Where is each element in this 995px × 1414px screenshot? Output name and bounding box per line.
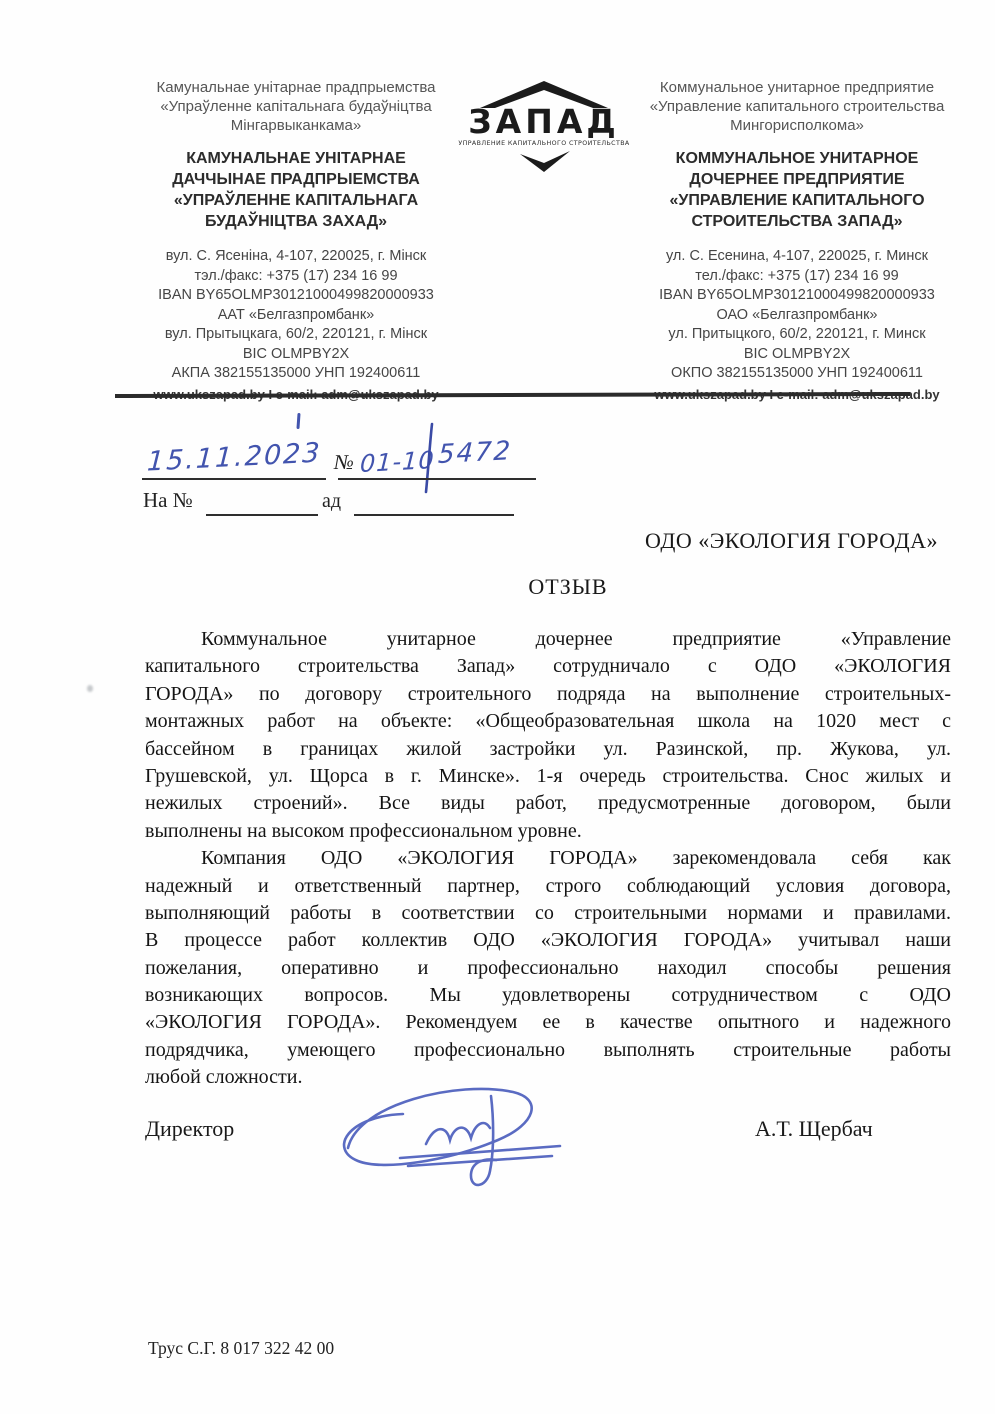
body-line: Коммунальное унитарное дочернее предприя… (145, 626, 951, 653)
org-name-small-ru: Коммунальное унитарное предприятие «Упра… (632, 78, 962, 135)
stray-ink-mark (296, 413, 300, 429)
handwritten-number-part2: 5472 (437, 436, 513, 470)
body-line: пожелания, оперативно и профессионально … (145, 955, 951, 982)
body-line: бассейном в границах жилой застройки ул.… (145, 736, 951, 763)
body-line: Грушевской, ул. Щорса в г. Минске». 1-я … (145, 763, 951, 790)
body-line: Компания ОДО «ЭКОЛОГИЯ ГОРОДА» зарекомен… (145, 845, 951, 872)
date-underline (142, 478, 326, 480)
handwritten-slash-stroke (424, 422, 434, 494)
address-line: вул. С. Ясеніна, 4-107, 220025, г. Мінск (138, 247, 454, 267)
signer-name: А.Т. Щербач (755, 1116, 873, 1142)
address-line: ул. Притыцкого, 60/2, 220121, г. Минск (632, 325, 962, 345)
body-line: капитального строительства Запад» сотруд… (145, 653, 951, 680)
org-small-line: Мінгарвыканкама» (138, 116, 454, 135)
org-bold-line: КОММУНАЛЬНОЕ УНИТАРНОЕ (632, 148, 962, 169)
org-bold-line: ДОЧЕРНЕЕ ПРЕДПРИЯТИЕ (632, 169, 962, 190)
reply-date-underline (354, 514, 514, 516)
number-underline (338, 478, 536, 480)
handwritten-date: 15.11.2023 (146, 437, 322, 477)
letter-body: Коммунальное унитарное дочернее предприя… (145, 626, 951, 1092)
org-small-line: «Упраўленне капітальнага будаўніцтва (138, 97, 454, 116)
org-name-bold-ru: КОММУНАЛЬНОЕ УНИТАРНОЕ ДОЧЕРНЕЕ ПРЕДПРИЯ… (632, 148, 962, 232)
reply-to-label: На № (143, 488, 193, 513)
address-block-by: вул. С. Ясеніна, 4-107, 220025, г. Мінск… (138, 247, 454, 404)
body-line: возникающих вопросов. Мы удовлетворены с… (145, 982, 951, 1009)
org-bold-line: «УПРАЎЛЕННЕ КАПІТАЛЬНАГА (138, 190, 454, 211)
letterhead-left-belarusian: Камунальнае унітарнае прадпрыемства «Упр… (138, 78, 454, 404)
letterhead-right-russian: Коммунальное унитарное предприятие «Упра… (632, 78, 962, 404)
from-date-label: ад (322, 490, 341, 513)
body-line: выполняющий работы в соответствии со стр… (145, 900, 951, 927)
address-line: ОАО «Белгазпромбанк» (632, 306, 962, 326)
zapad-logo-icon: ЗАПАД УПРАВЛЕНИЕ КАПИТАЛЬНОГО СТРОИТЕЛЬС… (458, 78, 630, 174)
address-line: АКПА 382155135000 УНП 192400611 (138, 364, 454, 384)
org-name-small-by: Камунальнае унітарнае прадпрыемства «Упр… (138, 78, 454, 135)
org-bold-line: БУДАЎНІЦТВА ЗАХАД» (138, 211, 454, 232)
org-small-line: Камунальнае унітарнае прадпрыемства (138, 78, 454, 97)
org-bold-line: ДАЧЧЫНАЕ ПРАДПРЫЕМСТВА (138, 169, 454, 190)
body-line: В процессе работ коллектив ОДО «ЭКОЛОГИЯ… (145, 927, 951, 954)
org-bold-line: СТРОИТЕЛЬСТВА ЗАПАД» (632, 211, 962, 232)
body-line: нежилых строений». Все виды работ, преду… (145, 790, 951, 817)
address-line: IBAN BY65OLMP30121000499820000933 (138, 286, 454, 306)
body-line: монтажных работ на объекте: «Общеобразов… (145, 708, 951, 735)
org-small-line: «Управление капитального строительства (632, 97, 962, 116)
reply-number-underline (206, 514, 318, 516)
address-line: ул. С. Есенина, 4-107, 220025, г. Минск (632, 247, 962, 267)
letterhead: Камунальнае унітарнае прадпрыемства «Упр… (138, 78, 962, 404)
number-label: № (334, 450, 354, 475)
address-block-ru: ул. С. Есенина, 4-107, 220025, г. Минск … (632, 247, 962, 404)
address-line: тел./факс: +375 (17) 234 16 99 (632, 267, 962, 287)
reference-block: 15.11.2023 № 01-10 5472 На № ад (0, 410, 995, 530)
address-line: вул. Прытыцкага, 60/2, 220121, г. Мінск (138, 325, 454, 345)
body-line: надежный и ответственный партнер, строго… (145, 873, 951, 900)
address-line: IBAN BY65OLMP30121000499820000933 (632, 286, 962, 306)
document-title: ОТЗЫВ (165, 574, 971, 600)
address-line: BIC OLMPBY2X (138, 345, 454, 365)
address-line: BIC OLMPBY2X (632, 345, 962, 365)
handwritten-signature (308, 1066, 608, 1201)
body-line: подрядчика, умеющего профессионально вып… (145, 1037, 951, 1064)
signer-role: Директор (145, 1116, 234, 1142)
org-name-bold-by: КАМУНАЛЬНАЕ УНІТАРНАЕ ДАЧЧЫНАЕ ПРАДПРЫЕМ… (138, 148, 454, 232)
logo-subtitle: УПРАВЛЕНИЕ КАПИТАЛЬНОГО СТРОИТЕЛЬСТВА (458, 140, 630, 147)
body-line: ГОРОДА» по договору строительного подряд… (145, 681, 951, 708)
body-line: выполнены на высоком профессиональном ур… (145, 818, 951, 845)
org-small-line: Коммунальное унитарное предприятие (632, 78, 962, 97)
address-line: ОКПО 382155135000 УНП 192400611 (632, 364, 962, 384)
executor-contact: Трус С.Г. 8 017 322 42 00 (148, 1338, 334, 1359)
address-line: тэл./факс: +375 (17) 234 16 99 (138, 267, 454, 287)
body-line: «ЭКОЛОГИЯ ГОРОДА». Рекомендуем ее в каче… (145, 1009, 951, 1036)
scan-dot-artifact (87, 685, 93, 692)
address-line: ААТ «Белгазпромбанк» (138, 306, 454, 326)
logo-checkmark-shape (520, 151, 570, 172)
org-small-line: Мингорисполкома» (632, 116, 962, 135)
scanned-letter-page: Камунальнае унітарнае прадпрыемства «Упр… (0, 0, 995, 1414)
logo-container: ЗАПАД УПРАВЛЕНИЕ КАПИТАЛЬНОГО СТРОИТЕЛЬС… (454, 78, 634, 404)
recipient-line: ОДО «ЭКОЛОГИЯ ГОРОДА» (145, 528, 938, 554)
logo-wordmark: ЗАПАД (468, 102, 620, 141)
org-bold-line: КАМУНАЛЬНАЕ УНІТАРНАЕ (138, 148, 454, 169)
org-bold-line: «УПРАВЛЕНИЕ КАПИТАЛЬНОГО (632, 190, 962, 211)
